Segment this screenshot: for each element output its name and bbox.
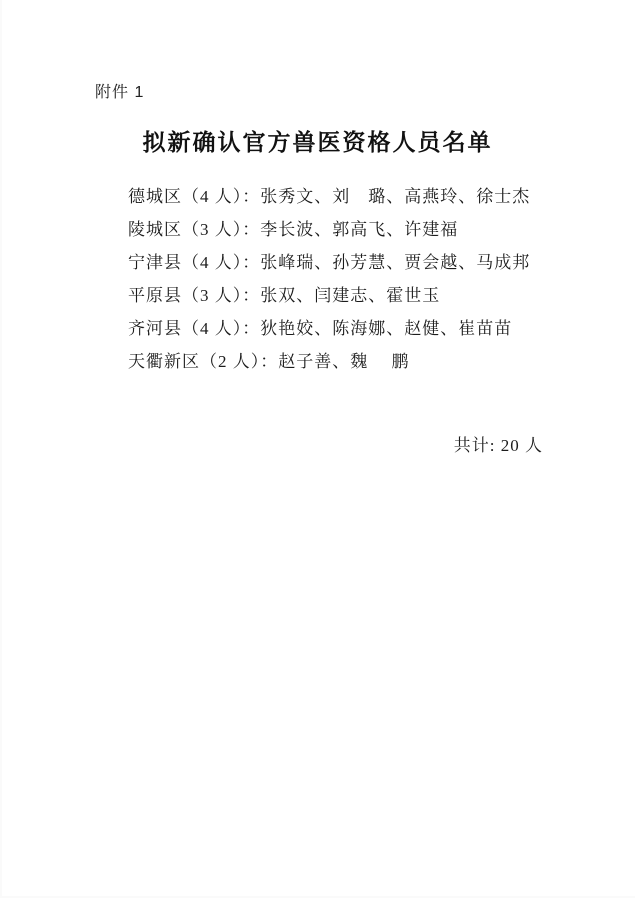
count-label: （4 人）： [182,319,260,338]
names-text: 赵子善、魏 鹏 [278,352,409,371]
count-label: （4 人）： [182,253,260,272]
total-count-label: 共计: 20 人 [0,432,543,460]
names-text: 张峰瑞、孙芳慧、贾会越、马成邦 [260,253,530,272]
count-label: （3 人）： [182,286,260,305]
names-text: 李长波、郭高飞、许建福 [260,220,458,239]
roster-row: 陵城区（3 人）：李长波、郭高飞、许建福 [128,213,530,246]
names-text: 张双、闫建志、霍世玉 [260,286,440,305]
count-label: （3 人）： [182,220,260,239]
region-label: 齐河县 [128,319,182,338]
page-title: 拟新确认官方兽医资格人员名单 [0,124,635,157]
region-label: 平原县 [128,286,182,305]
roster-row: 德城区（4 人）：张秀文、刘 璐、高燕玲、徐士杰 [128,180,530,213]
names-text: 张秀文、刘 璐、高燕玲、徐士杰 [260,187,530,206]
region-label: 宁津县 [128,253,182,272]
roster-list: 德城区（4 人）：张秀文、刘 璐、高燕玲、徐士杰 陵城区（3 人）：李长波、郭高… [128,180,530,378]
attachment-label: 附件 1 [95,79,144,102]
roster-row: 平原县（3 人）：张双、闫建志、霍世玉 [128,279,530,312]
region-label: 陵城区 [128,220,182,239]
region-label: 德城区 [128,187,182,206]
roster-row: 天衢新区（2 人）：赵子善、魏 鹏 [128,345,530,378]
roster-row: 宁津县（4 人）：张峰瑞、孙芳慧、贾会越、马成邦 [128,246,530,279]
count-label: （2 人）： [200,352,278,371]
region-label: 天衢新区 [128,352,200,371]
count-label: （4 人）： [182,187,260,206]
document-page: 附件 1 拟新确认官方兽医资格人员名单 德城区（4 人）：张秀文、刘 璐、高燕玲… [0,0,635,898]
roster-row: 齐河县（4 人）：狄艳姣、陈海娜、赵健、崔苗苗 [128,312,530,345]
names-text: 狄艳姣、陈海娜、赵健、崔苗苗 [260,319,512,338]
